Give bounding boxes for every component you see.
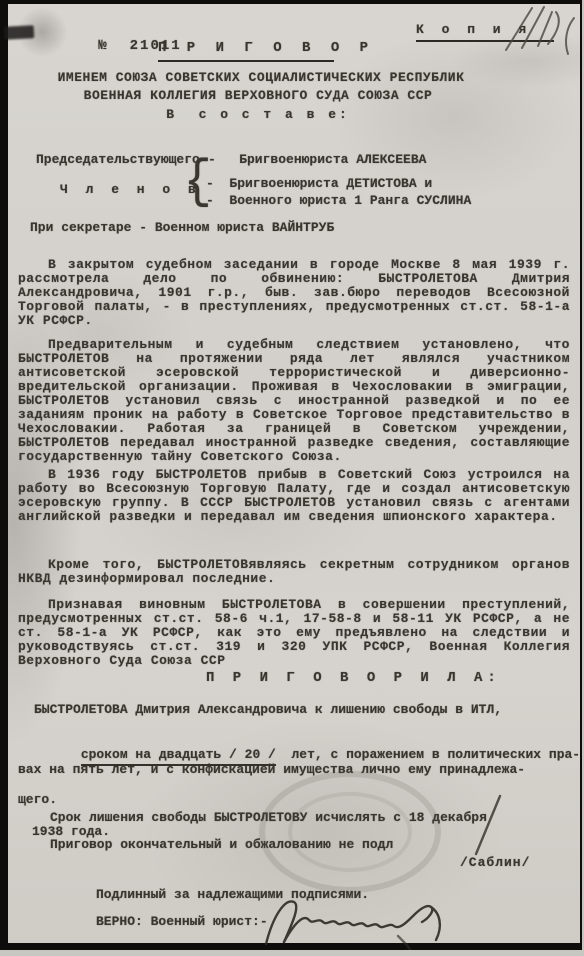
edge-stamp-fragment	[4, 25, 35, 40]
issuer-line-1: ИМЕНЕМ СОЮЗА СОВЕТСКИХ СОЦИАЛИСТИЧЕСКИХ …	[56, 70, 466, 85]
presiding-label: Председательствующего	[36, 152, 200, 167]
issuer-line-2: ВОЕННАЯ КОЛЛЕГИЯ ВЕРХОВНОГО СУДА СОЮЗА С…	[78, 88, 438, 103]
term-start-line-1: Срок лишения свободы БЫСТРОЛЕТОВУ исчисл…	[50, 810, 487, 825]
certification-line: ВЕРНО: Военный юрист:-	[96, 914, 268, 929]
sentence-line-1: БЫСТРОЛЕТОВА Дмитрия Александровича к ли…	[34, 702, 502, 717]
pen-slash-icon	[458, 792, 528, 862]
secretary-line: При секретаре - Военном юриста ВАЙНТРУБ	[30, 220, 334, 235]
number-sign: №	[98, 38, 108, 54]
paragraph-qualification: Признавая виновным БЫСТРОЛЕТОВА в соверш…	[18, 598, 570, 668]
member-1: - Бригвоенюриста ДЕТИСТОВА и	[206, 176, 432, 191]
round-stamp-icon	[248, 766, 458, 901]
handwritten-name: /Саблин/	[460, 855, 530, 870]
paragraph-findings-1: Предварительным и судебным следствием ус…	[18, 338, 570, 464]
sentence-line-2-rest: лет, с поражением в политических пра-	[276, 747, 580, 762]
paragraph-findings-3: Кроме того, БЫСТРОЛЕТОВявляясь секретным…	[18, 558, 570, 586]
finality-line: Приговор окончательный и обжалованию не …	[50, 837, 393, 852]
presiding-value: - Бригвоенюриста АЛЕКСЕЕВА	[208, 152, 426, 167]
paragraph-hearing: В закрытом судебном заседании в городе М…	[18, 258, 570, 328]
verdict-heading: П Р И Г О В О Р И Л А:	[206, 670, 501, 686]
sentence-line-3: вах на пять лет, и с конфискацией имущес…	[18, 762, 525, 777]
document-title: П Р И Г О В О Р	[158, 40, 334, 62]
scan-edge-bottom	[0, 950, 584, 956]
composition-heading: В с о с т а в е:	[153, 107, 363, 122]
authenticity-line: Подлинный за надлежащими подписями.	[96, 887, 369, 902]
paragraph-findings-2: В 1936 году БЫСТРОЛЕТОВ прибыв в Советск…	[18, 468, 570, 524]
members-label: Ч л е н о в	[60, 182, 201, 197]
member-2: - Военного юриста 1 Ранга СУСЛИНА	[206, 193, 471, 208]
copy-label: К о п и я	[416, 22, 554, 42]
paper-background: № 21011 К о п и я П Р И Г О В О Р ИМЕНЕМ…	[8, 4, 580, 943]
sentence-line-4: щего.	[18, 792, 57, 807]
scanned-page: № 21011 К о п и я П Р И Г О В О Р ИМЕНЕМ…	[0, 0, 584, 956]
